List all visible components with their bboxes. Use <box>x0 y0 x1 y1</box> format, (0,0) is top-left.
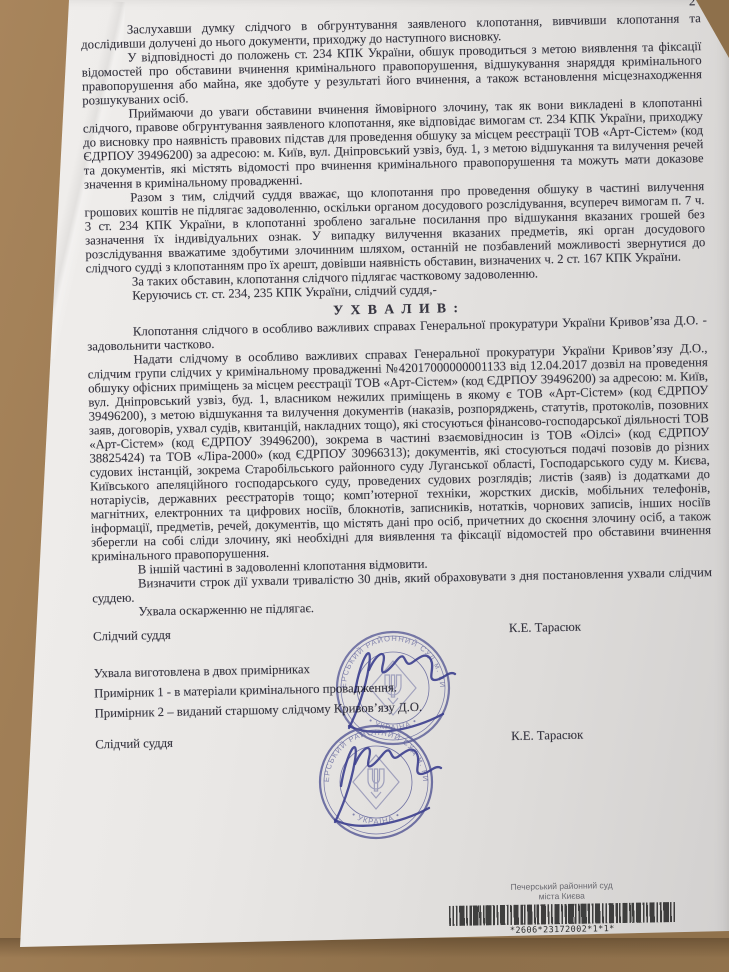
judge-name: К.Е. Тарасюк <box>511 728 583 743</box>
stamp-ring-text: • УКРАЇНА • <box>350 810 402 826</box>
court-stamps-and-signatures: ПЕЧЕРСЬКИЙ РАЙОННИЙ СУД м. КИЄВА • УКРАЇ… <box>303 596 481 858</box>
barcode-icon <box>449 902 675 926</box>
judge-title: Слідчий суддя <box>93 628 171 644</box>
resolution-paragraph: Надати слідчому в особливо важливих спра… <box>87 341 711 563</box>
paragraph: Разом з тим, слідчий суддя вважає, що кл… <box>84 179 706 275</box>
stamp-ring-text: ПЕЧЕРСЬКИЙ РАЙОННИЙ СУД м. КИЄВА <box>303 596 430 783</box>
page-number: 2 <box>689 0 696 8</box>
judge-title: Слідчий суддя <box>95 736 173 752</box>
svg-text:• УКРАЇНА •: • УКРАЇНА • <box>350 810 402 826</box>
judge-name: К.Е. Тарасюк <box>509 620 581 635</box>
judge-signature-icon <box>335 747 441 826</box>
document-page: 2 Заслухавши думку слідчого в обгрунтува… <box>0 0 729 972</box>
desk-background: 2 Заслухавши думку слідчого в обгрунтува… <box>0 0 729 972</box>
svg-text:ПЕЧЕРСЬКИЙ РАЙОННИЙ СУД м. КИЄ: ПЕЧЕРСЬКИЙ РАЙОННИЙ СУД м. КИЄВА <box>303 596 430 783</box>
court-barcode-block: Печерський районний суд міста Києва *260… <box>438 880 687 937</box>
paragraph: Приймаючи до уваги обставини вчинення йм… <box>82 95 704 191</box>
